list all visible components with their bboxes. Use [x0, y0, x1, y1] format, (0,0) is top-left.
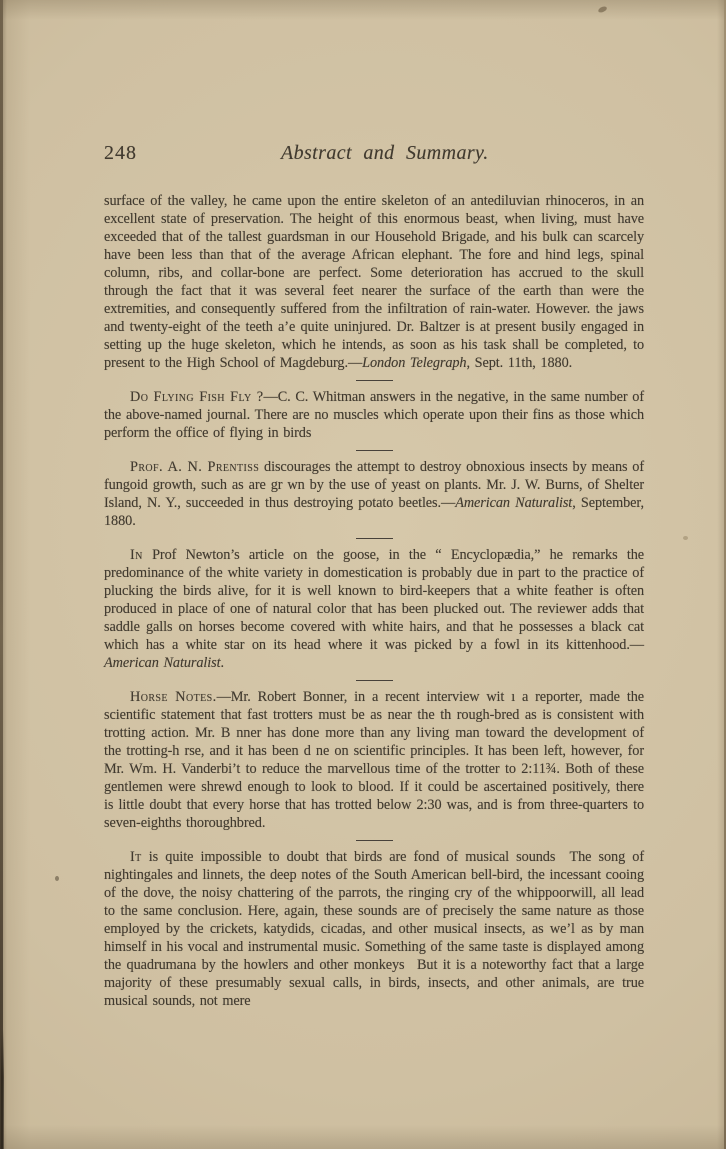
text-run: is quite impossible to doubt that birds …: [104, 849, 644, 1009]
text-run: —Mr. Robert Bonner, in a recent intervie…: [104, 689, 644, 831]
binding-shadow: [1, 1029, 4, 1149]
section-rule: [356, 380, 393, 381]
text-run: Horse Notes.: [130, 689, 217, 705]
page-content: 248 Abstract and Summary. surface of the…: [0, 0, 726, 1010]
section-rule: [356, 538, 393, 539]
section-rule: [356, 450, 393, 451]
text-run: .: [220, 655, 223, 671]
text-run: It: [130, 849, 142, 865]
text-run: In: [130, 547, 143, 563]
section-rule: [356, 680, 393, 681]
text-run: American Naturalist: [104, 655, 220, 671]
running-title: Abstract and Summary.: [281, 142, 489, 165]
paragraph: Prof. A. N. Prentiss discourages the att…: [104, 458, 644, 530]
section-rule: [356, 840, 393, 841]
text-run: Prof. A. N. Prentiss: [130, 459, 259, 475]
page-number: 248: [104, 142, 137, 165]
text-run: , Sept. 11th, 1880.: [466, 355, 572, 371]
page-header: 248 Abstract and Summary.: [104, 142, 644, 168]
text-run: American Naturalist: [455, 495, 572, 511]
text-run: London Telegraph: [362, 355, 466, 371]
paragraph: surface of the valley, he came upon the …: [104, 192, 644, 372]
scanned-book-page: 248 Abstract and Summary. surface of the…: [0, 0, 726, 1149]
paragraph: Do Flying Fish Fly ?—C. C. Whitman answe…: [104, 388, 644, 442]
paragraph: In Prof Newton’s article on the goose, i…: [104, 546, 644, 672]
text-run: surface of the valley, he came upon the …: [104, 193, 644, 371]
paragraph: Horse Notes.—Mr. Robert Bonner, in a rec…: [104, 688, 644, 832]
text-run: Do Flying Fish Fly ?: [130, 389, 264, 405]
paragraph: It is quite impossible to doubt that bir…: [104, 848, 644, 1010]
text-run: Prof Newton’s article on the goose, in t…: [104, 547, 644, 653]
text-flow: surface of the valley, he came upon the …: [104, 192, 644, 1010]
